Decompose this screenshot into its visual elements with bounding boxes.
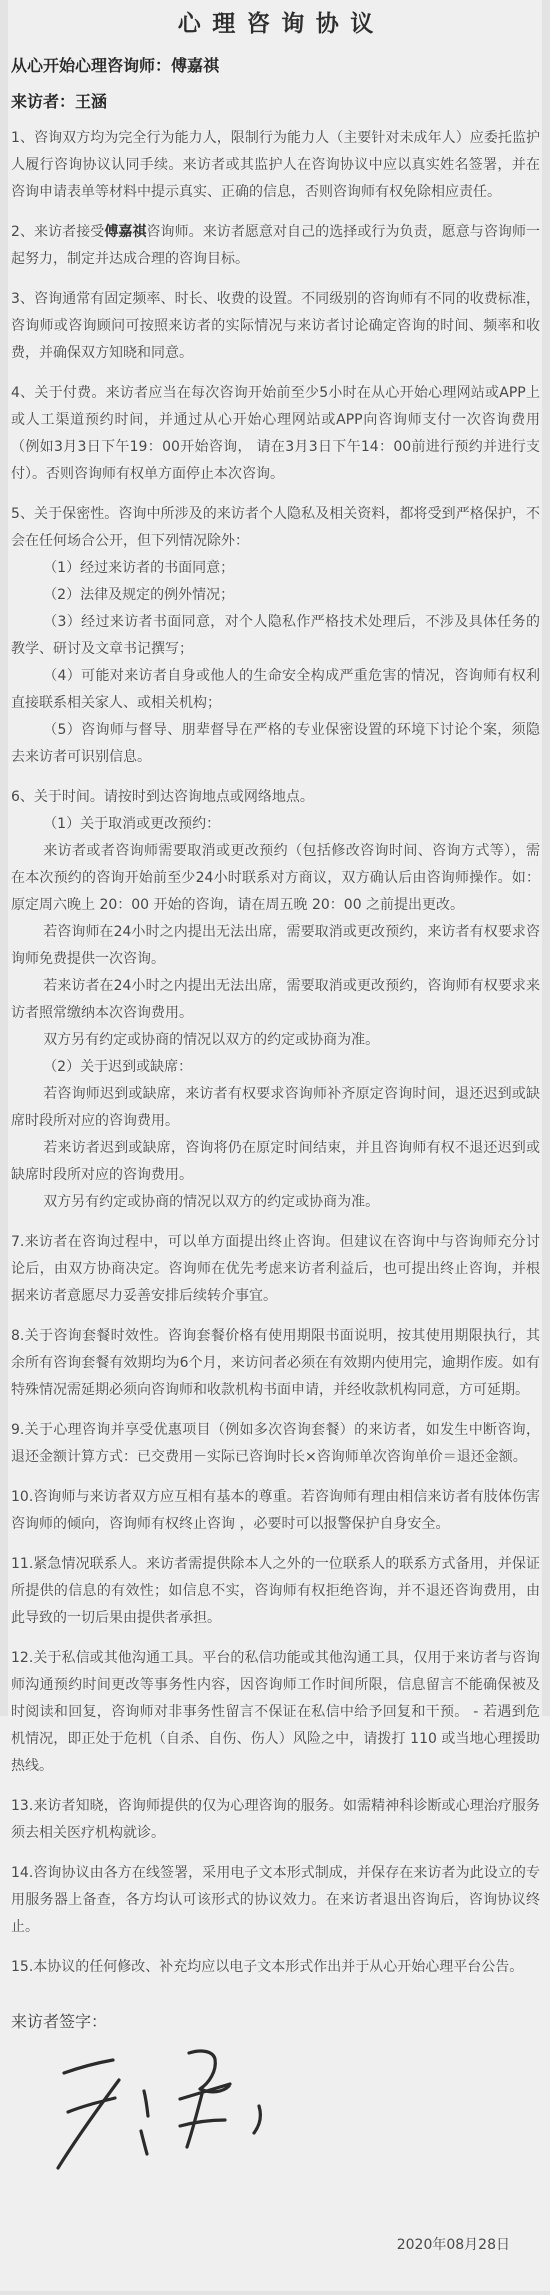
counselor-line: 从心开始心理咨询师：傅嘉祺 — [11, 56, 540, 76]
clause: 11.紧急情况联系人。来访者需提供除本人之外的一位联系人的联系方式备用，并保证所… — [11, 1551, 540, 1632]
clause: 7.来访者在咨询过程中，可以单方面提出终止咨询。但建议在咨询中与咨询师充分讨论后… — [11, 1229, 540, 1310]
clause: 若来访者迟到或缺席，咨询将仍在原定时间结束，并且咨询师有权不退还迟到或缺席时段所… — [11, 1135, 540, 1189]
clause: 8.关于咨询套餐时效性。咨询套餐价格有使用期限书面说明，按其使用期限执行，其余所… — [11, 1323, 540, 1404]
clause: 6、关于时间。请按时到达咨询地点或网络地点。 — [11, 784, 540, 811]
visitor-label: 来访者： — [11, 92, 75, 111]
counselor-label: 从心开始心理咨询师： — [11, 56, 171, 75]
clause: 来访者或者咨询师需要取消或更改预约（包括修改咨询时间、咨询方式等），需在本次预约… — [11, 838, 540, 919]
clause: （3）经过来访者书面同意，对个人隐私作严格技术处理后，不涉及具体任务的教学、研讨… — [11, 609, 540, 663]
clause: 若来访者在24小时之内提出无法出席，需要取消或更改预约，咨询师有权要求来访者照常… — [11, 973, 540, 1027]
clause: （1）关于取消或更改预约： — [11, 811, 540, 838]
signature-handwriting — [51, 2043, 281, 2183]
clause: 9.关于心理咨询并享受优惠项目（例如多次咨询套餐）的来访者，如发生中断咨询，退还… — [11, 1417, 540, 1471]
clause: 15.本协议的任何修改、补充均应以电子文本形式作出并于从心开始心理平台公告。 — [11, 1954, 540, 1981]
signature-label: 来访者签字： — [11, 2011, 540, 2033]
clause: 若咨询师迟到或缺席，来访者有权要求咨询师补齐原定咨询时间，退还迟到或缺席时段所对… — [11, 1081, 540, 1135]
document-content: 心理咨询协议 从心开始心理咨询师：傅嘉祺 来访者：王涵 1、咨询双方均为完全行为… — [0, 0, 550, 2295]
clause: （1）经过来访者的书面同意； — [11, 555, 540, 582]
clause: （5）咨询师与督导、朋辈督导在严格的专业保密设置的环境下讨论个案，须隐去来访者可… — [11, 717, 540, 771]
clause: 2、来访者接受傅嘉祺咨询师。来访者愿意对自己的选择或行为负责，愿意与咨询师一起努… — [11, 219, 540, 273]
clause: 12.关于私信或其他沟通工具。平台的私信功能或其他沟通工具，仅用于来访者与咨询师… — [11, 1645, 540, 1780]
clause: （2）关于迟到或缺席： — [11, 1054, 540, 1081]
page-title: 心理咨询协议 — [11, 8, 540, 40]
visitor-name: 王涵 — [75, 92, 107, 111]
clause: 3、咨询通常有固定频率、时长、收费的设置。不同级别的咨询师有不同的收费标准，咨询… — [11, 286, 540, 367]
clause: 若咨询师在24小时之内提出无法出席，需要取消或更改预约，来访者有权要求咨询师免费… — [11, 919, 540, 973]
visitor-line: 来访者：王涵 — [11, 92, 540, 112]
clause: 双方另有约定或协商的情况以双方的约定或协商为准。 — [11, 1189, 540, 1216]
signature-date: 2020年08月28日 — [11, 2235, 540, 2255]
clause: （2）法律及规定的例外情况； — [11, 582, 540, 609]
clause: 4、关于付费。来访者应当在每次咨询开始前至少5小时在从心开始心理网站或APP上或… — [11, 380, 540, 488]
agreement-document: 心理咨询协议 从心开始心理咨询师：傅嘉祺 来访者：王涵 1、咨询双方均为完全行为… — [0, 0, 550, 2295]
clause: 双方另有约定或协商的情况以双方的约定或协商为准。 — [11, 1027, 540, 1054]
counselor-name: 傅嘉祺 — [171, 56, 219, 75]
clause: 5、关于保密性。咨询中所涉及的来访者个人隐私及相关资料，都将受到严格保护，不会在… — [11, 501, 540, 555]
clause: （4）可能对来访者自身或他人的生命安全构成严重危害的情况，咨询师有权利直接联系相… — [11, 663, 540, 717]
clause-list: 1、咨询双方均为完全行为能力人，限制行为能力人（主要针对未成年人）应委托监护人履… — [11, 125, 540, 1981]
clause: 1、咨询双方均为完全行为能力人，限制行为能力人（主要针对未成年人）应委托监护人履… — [11, 125, 540, 206]
clause: 13.来访者知晓，咨询师提供的仅为心理咨询的服务。如需精神科诊断或心理治疗服务须… — [11, 1793, 540, 1847]
clause: 14.咨询协议由各方在线签署，采用电子文本形式制成，并保存在来访者为此设立的专用… — [11, 1860, 540, 1941]
clause: 10.咨询师与来访者双方应互相有基本的尊重。若咨询师有理由相信来访者有肢体伤害咨… — [11, 1484, 540, 1538]
